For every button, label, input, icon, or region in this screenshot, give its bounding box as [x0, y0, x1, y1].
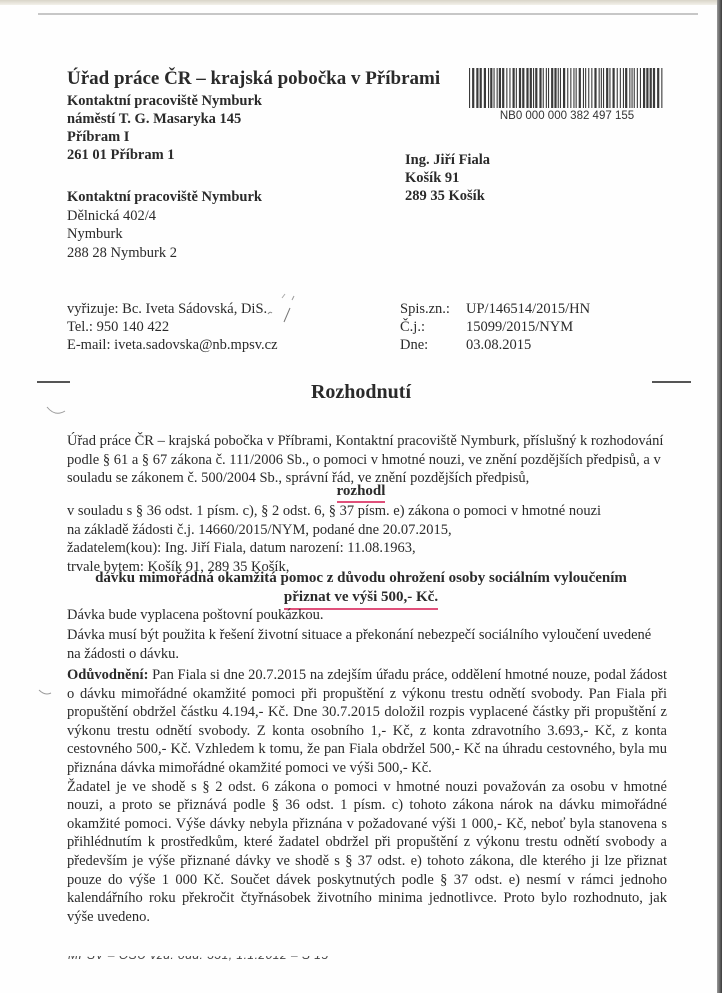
decision-line: žadatelem(kou): Ing. Jiří Fiala, datum n…: [67, 539, 601, 558]
reference-label: Č.j.:: [400, 318, 466, 336]
contact-office: Kontaktní pracoviště Nymburk Dělnická 40…: [67, 188, 262, 262]
reference-row: Spis.zn.: UP/146514/2015/HN: [400, 300, 590, 318]
justification: Odůvodnění: Pan Fiala si dne 20.7.2015 n…: [67, 666, 667, 926]
contact-office-line: Dělnická 402/4: [67, 207, 262, 226]
reference-label: Dne:: [400, 336, 466, 354]
signature-mark: [262, 286, 322, 326]
reference-numbers: Spis.zn.: UP/146514/2015/HN Č.j.: 15099/…: [400, 300, 590, 354]
punch-mark: [38, 688, 52, 698]
sender-line: Příbram I: [67, 128, 440, 146]
handler-phone: Tel.: 950 140 422: [67, 318, 278, 336]
intro-line: podle § 61 a § 67 zákona č. 111/2006 Sb.…: [67, 451, 663, 470]
justification-paragraph-2: Žadatel je ve shodě s § 2 odst. 6 zákona…: [67, 778, 667, 927]
recipient-line: Košík 91: [405, 169, 490, 187]
sender-line: náměstí T. G. Masaryka 145: [67, 110, 440, 128]
sender-line: 261 01 Příbram 1: [67, 146, 440, 164]
barcode-number: NB0 000 000 382 497 155: [467, 110, 667, 122]
reference-value: 15099/2015/NYM: [466, 318, 573, 336]
sender-line: Kontaktní pracoviště Nymburk: [67, 92, 440, 110]
handler-info: vyřizuje: Bc. Iveta Sádovská, DiS. Tel.:…: [67, 300, 278, 354]
usage-note: Dávka musí být použita k řešení životní …: [67, 626, 667, 663]
contact-office-name: Kontaktní pracoviště Nymburk: [67, 188, 262, 207]
reference-row: Č.j.: 15099/2015/NYM: [400, 318, 590, 336]
form-footer: MPSV – OSÚ vzd. odd. 331, 1.1.2012 – S 1…: [68, 956, 329, 964]
decision-line: v souladu s § 36 odst. 1 písm. c), § 2 o…: [67, 502, 601, 521]
recipient-address: Ing. Jiří Fiala Košík 91 289 35 Košík: [405, 151, 490, 205]
sender-address: Úřad práce ČR – krajská pobočka v Příbra…: [67, 68, 440, 164]
sender-organization: Úřad práce ČR – krajská pobočka v Příbra…: [67, 68, 440, 90]
scan-edge-top: [0, 0, 722, 5]
decision-verb-text: rozhodl: [337, 483, 386, 503]
handler-email: E-mail: iveta.sadovska@nb.mpsv.cz: [67, 336, 278, 354]
justification-lead: Odůvodnění:: [67, 667, 148, 683]
justification-paragraph-1: Odůvodnění: Pan Fiala si dne 20.7.2015 n…: [67, 666, 667, 778]
punch-mark: [45, 405, 67, 417]
form-footer-text: MPSV – OSÚ vzd. odd. 331, 1.1.2012 – S 1…: [68, 956, 329, 964]
contact-office-line: Nymburk: [67, 225, 262, 244]
recipient-line: Ing. Jiří Fiala: [405, 151, 490, 169]
reference-row: Dne: 03.08.2015: [400, 336, 590, 354]
handled-by: vyřizuje: Bc. Iveta Sádovská, DiS.: [67, 300, 278, 318]
decision-line: na základě žádosti č.j. 14660/2015/NYM, …: [67, 521, 601, 540]
intro-paragraph: Úřad práce ČR – krajská pobočka v Příbra…: [67, 432, 663, 488]
reference-value: 03.08.2015: [466, 336, 531, 354]
scanned-document-page: Úřad práce ČR – krajská pobočka v Příbra…: [0, 0, 722, 993]
document-title: Rozhodnutí: [0, 381, 722, 404]
intro-line: Úřad práce ČR – krajská pobočka v Příbra…: [67, 432, 663, 451]
scan-artifact-line: [38, 13, 698, 15]
barcode-icon: [468, 68, 666, 108]
benefit-type: dávku mimořádná okamžitá pomoc z důvodu …: [0, 569, 722, 588]
contact-office-line: 288 28 Nymburk 2: [67, 244, 262, 263]
benefit-statement: dávku mimořádná okamžitá pomoc z důvodu …: [0, 569, 722, 610]
reference-label: Spis.zn.:: [400, 300, 466, 318]
decision-details: v souladu s § 36 odst. 1 písm. c), § 2 o…: [67, 502, 601, 576]
reference-value: UP/146514/2015/HN: [466, 300, 590, 318]
payment-note: Dávka bude vyplacena poštovní poukázkou.: [67, 606, 324, 625]
recipient-line: 289 35 Košík: [405, 187, 490, 205]
decision-verb: rozhodl: [0, 483, 722, 503]
justification-text: Pan Fiala si dne 20.7.2015 na zdejším úř…: [67, 667, 667, 776]
